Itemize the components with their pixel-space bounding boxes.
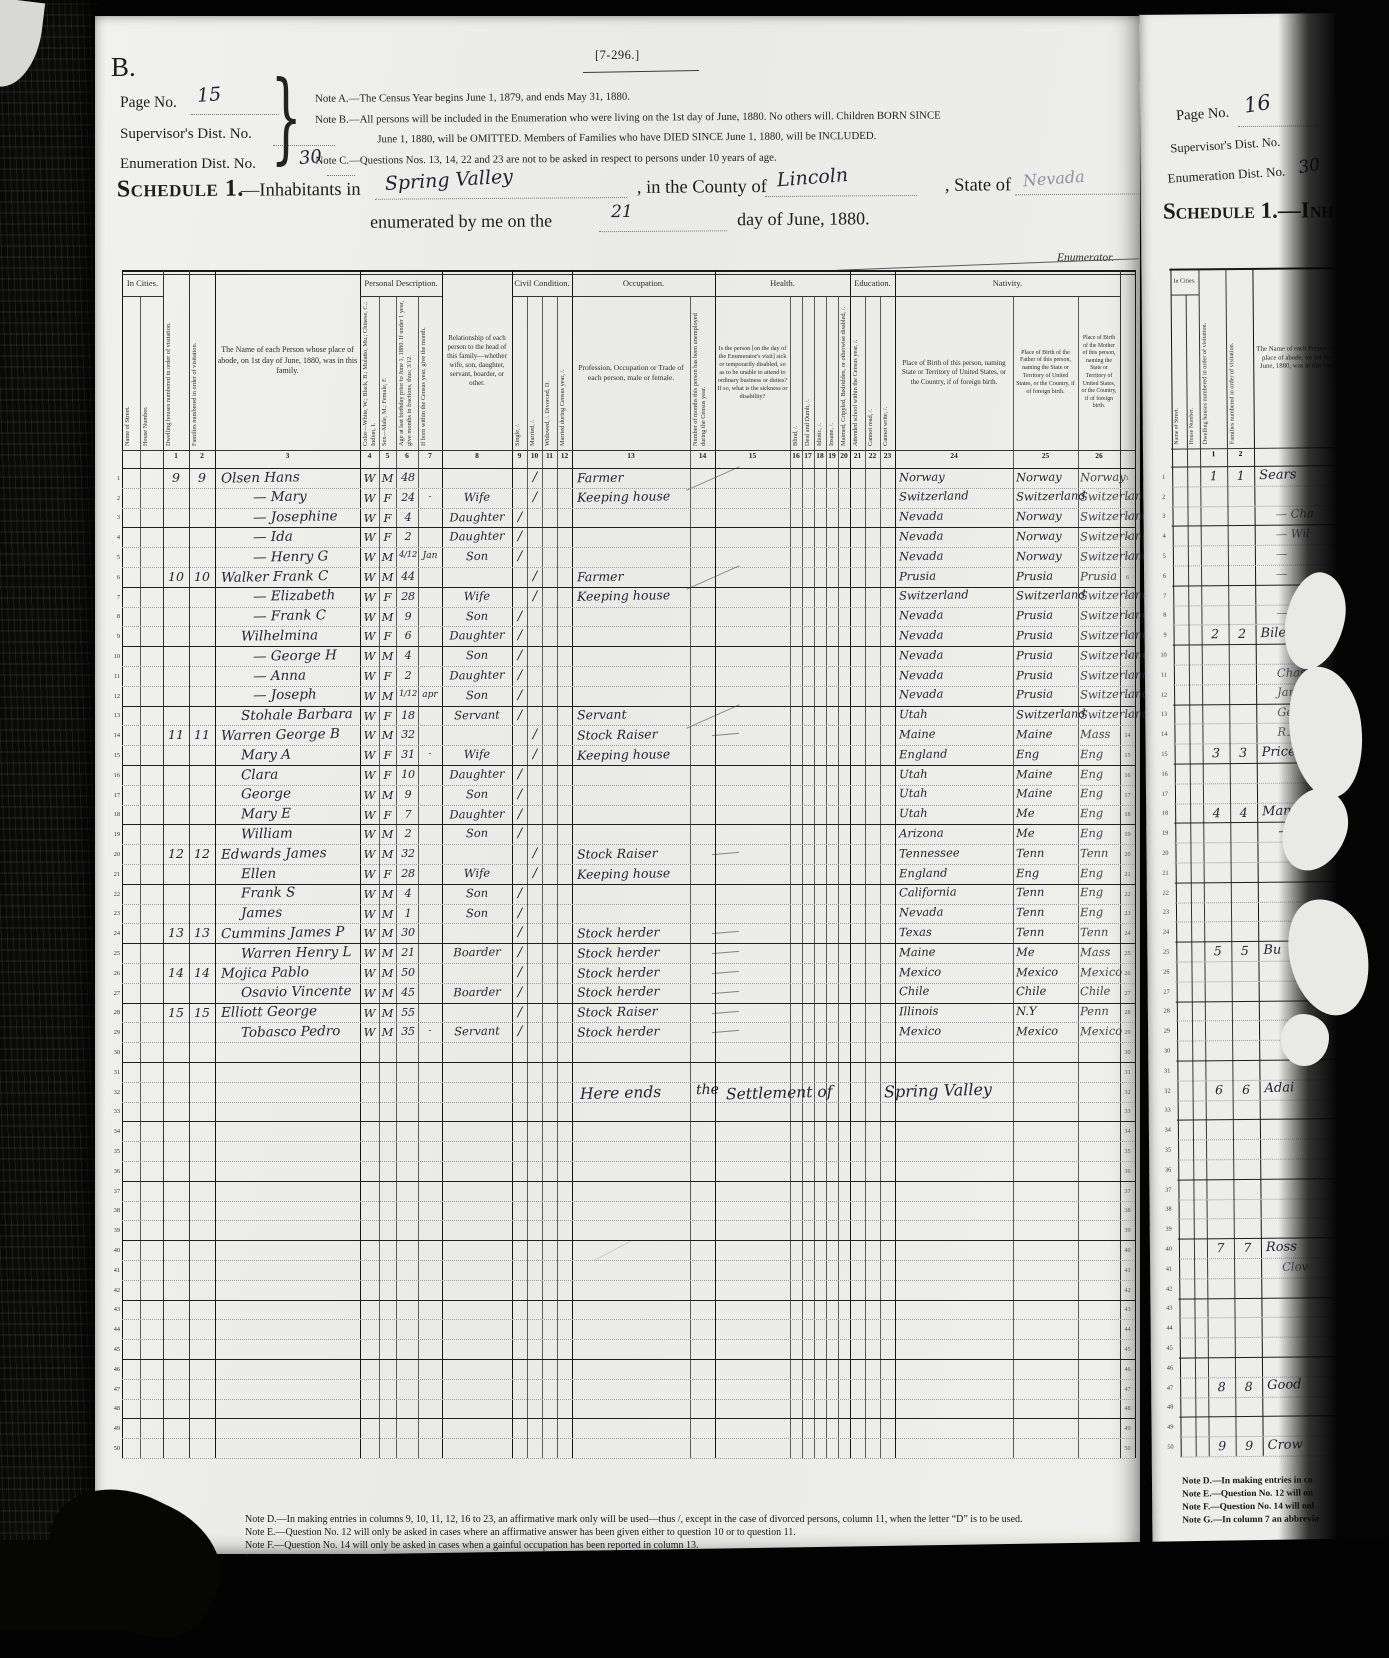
row-number: 32	[1151, 1087, 1171, 1094]
cell-relationship: Son	[442, 905, 512, 920]
cell-father-birthplace: Maine	[1016, 727, 1053, 742]
cell-birth-month: -	[418, 749, 442, 759]
row-number: 24	[1149, 929, 1169, 936]
unemployed-dash-mark	[712, 1030, 739, 1033]
cell-mother-birthplace: Switzerland	[1080, 548, 1150, 563]
cell-person-name: Tobasco Pedro	[241, 1023, 341, 1041]
row-number: 24	[109, 930, 120, 937]
grid-line	[1171, 294, 1199, 295]
row-number: 21	[1149, 869, 1169, 876]
state-label: , State of	[945, 175, 1011, 196]
footer-note-d: Note D.—In making entries in columns 9, …	[245, 1514, 1023, 1525]
grid-line	[802, 296, 803, 1458]
cell-color: W	[360, 530, 379, 544]
col-header: Cannot read, /.	[867, 300, 879, 446]
col-header: Is the person [on the day of the Enumera…	[717, 300, 788, 446]
col-header: Name of Street.	[1173, 298, 1186, 444]
row-number: 10	[109, 653, 120, 660]
cell-birth-month: -	[418, 1026, 442, 1036]
group-header: Health.	[715, 273, 850, 293]
row-number: 49	[1121, 1425, 1134, 1432]
cell-father-birthplace: Prusia	[1016, 568, 1053, 583]
cell-dwelling-number: 4	[1203, 805, 1230, 820]
col-header: Blind, /.	[792, 300, 801, 446]
cell-person-name: Mojica Pablo	[221, 964, 309, 982]
cell-person-name: — George H	[253, 647, 337, 664]
cell-family-number: 1	[1227, 468, 1254, 483]
row-number: 39	[1121, 1227, 1134, 1234]
grid-line	[122, 567, 1135, 568]
cell-age: 6	[396, 629, 420, 642]
group-header: Occupation.	[572, 273, 715, 293]
row-number: 15	[1148, 751, 1168, 758]
cell-age: 4	[396, 511, 420, 524]
row-number: 37	[1121, 1188, 1134, 1195]
state-value: Nevada	[1022, 167, 1085, 191]
cell-person-name: — Joseph	[253, 687, 317, 704]
cell-sex: F	[379, 748, 396, 762]
col-header: Sex—Male, M.; Female, F.	[381, 300, 395, 446]
cell-relationship: Daughter	[442, 766, 512, 781]
col-number: 6	[396, 451, 418, 460]
cell-birthplace: Nevada	[899, 548, 944, 563]
note-c: Note C.—Questions Nos. 13, 14, 22 and 23…	[315, 152, 776, 167]
civil-married-mark: /	[528, 846, 542, 861]
cell-father-birthplace: Mexico	[1016, 1024, 1058, 1039]
row-number: 34	[109, 1128, 120, 1135]
cell-sex: M	[379, 689, 396, 703]
grid-line	[880, 296, 881, 1458]
cell-age: 4	[396, 887, 420, 900]
cell-color: W	[360, 788, 379, 802]
row-number: 35	[1121, 1148, 1134, 1155]
cell-sex: M	[379, 946, 396, 960]
unemployed-dash-mark	[712, 852, 739, 855]
cell-father-birthplace: Chile	[1016, 984, 1047, 999]
col-number: 15	[715, 451, 790, 460]
cell-sex: M	[379, 887, 396, 901]
cell-sex: M	[379, 966, 396, 980]
civil-married-mark: /	[528, 490, 542, 505]
cell-relationship: Wife	[442, 588, 512, 603]
grid-line	[572, 296, 715, 297]
cell-person-name: Edwards James	[221, 845, 327, 863]
unemployed-dash-mark	[712, 991, 739, 994]
cell-sex: M	[379, 649, 396, 663]
cell-mother-birthplace: Switzerland	[1080, 607, 1150, 622]
cell-person-name: — Josephine	[253, 508, 338, 525]
col-number: 24	[895, 451, 1013, 460]
cell-age: 4	[396, 649, 420, 662]
civil-single-mark: /	[513, 767, 527, 782]
cell-mother-birthplace: Prusia	[1080, 568, 1117, 583]
grid-line	[512, 296, 572, 297]
cell-age: 55	[396, 1006, 420, 1019]
cell-age: 4/12	[396, 550, 420, 560]
cell-color: W	[360, 511, 379, 525]
cell-family-number: 14	[189, 965, 215, 980]
dotted-rule	[599, 230, 727, 232]
col-number: 18	[814, 451, 826, 460]
grid-line	[1186, 294, 1197, 1456]
cell-occupation: Stock herder	[577, 984, 660, 1000]
cell-dwelling-number: 9	[1209, 1438, 1236, 1453]
row-number: 49	[1153, 1424, 1173, 1431]
cell-occupation: Farmer	[577, 568, 624, 584]
cell-father-birthplace: Me	[1016, 945, 1035, 959]
cell-age: 1	[396, 907, 420, 920]
cell-relationship: Daughter	[442, 628, 512, 643]
cell-dwelling-number: 3	[1203, 745, 1230, 760]
grid-line	[122, 1181, 1135, 1182]
col-header: Married during Census year, /.	[559, 300, 571, 446]
cell-dwelling-number: 9	[163, 470, 189, 485]
col-number: 2	[189, 451, 215, 460]
row-number: 2	[109, 495, 120, 502]
col-header: Relationship of each person to the head …	[444, 276, 510, 446]
col-header: House Number.	[1188, 298, 1199, 444]
row-number: 34	[1121, 1128, 1134, 1135]
row-number: 29	[1121, 1029, 1134, 1036]
row-number: 6	[1146, 572, 1166, 579]
civil-single-mark: /	[513, 906, 527, 921]
grid-line	[122, 1161, 1135, 1162]
cell-age: 10	[396, 768, 420, 781]
row-number: 41	[1121, 1267, 1134, 1274]
cell-age: 28	[396, 867, 420, 880]
cell-birthplace: Switzerland	[899, 588, 969, 603]
cell-family-number: 3	[1230, 745, 1257, 760]
cell-father-birthplace: Maine	[1016, 786, 1053, 801]
row-number: 50	[109, 1445, 120, 1452]
row-number: 37	[1151, 1186, 1171, 1193]
col-number: 26	[1078, 451, 1120, 460]
cell-father-birthplace: Maine	[1016, 766, 1053, 781]
col-header: Insane, /.	[828, 300, 837, 446]
cell-mother-birthplace: Eng	[1080, 806, 1103, 820]
row-number: 10	[1147, 652, 1167, 659]
col-header: Age at last birthday prior to June 1, 18…	[398, 300, 417, 446]
cell-person-name: — Henry G	[253, 548, 329, 565]
cell-age: 2	[396, 827, 420, 840]
cell-color: W	[360, 610, 379, 624]
cell-sex: M	[379, 728, 396, 742]
row-number: 23	[1121, 910, 1134, 917]
grid-line	[122, 547, 1135, 548]
county-value: Lincoln	[776, 164, 849, 191]
cell-sex: F	[379, 669, 396, 683]
cell-birthplace: Norway	[899, 469, 945, 484]
cell-color: W	[360, 847, 379, 861]
cell-age: 45	[396, 986, 420, 999]
grid-line	[122, 450, 1135, 451]
grid-line	[850, 296, 895, 297]
grid-line	[122, 1359, 1135, 1360]
cell-father-birthplace: Prusia	[1016, 628, 1053, 643]
cell-person-name: William	[241, 825, 293, 842]
col-number: 4	[360, 451, 379, 460]
row-number: 13	[1147, 711, 1167, 718]
row-number: 20	[1148, 850, 1168, 857]
cell-person-name: Mary E	[241, 806, 291, 823]
row-number: 42	[1152, 1285, 1172, 1292]
grid-line	[814, 296, 815, 1458]
row-number: 37	[109, 1188, 120, 1195]
row-number: 45	[1153, 1345, 1173, 1352]
col-header: Married, /.	[529, 300, 541, 446]
unemployed-dash-mark	[712, 951, 739, 954]
enumeration-dist-label: Enumeration Dist. No.	[1167, 164, 1285, 187]
row-number: 14	[1121, 732, 1134, 739]
row-number: 30	[109, 1049, 120, 1056]
grid-line	[140, 296, 141, 1458]
row-number: 9	[109, 633, 120, 640]
cell-sex: F	[379, 590, 396, 604]
grid-line	[1135, 270, 1136, 1458]
schedule-title-line: Schedule 1. —Inhabitants in Spring Valle…	[117, 164, 1138, 251]
row-number: 40	[1121, 1247, 1134, 1254]
enumerated-by-label: enumerated by me on the	[370, 211, 552, 233]
cell-occupation: Stock Raiser	[577, 1003, 658, 1019]
county-label: , in the County of	[637, 177, 767, 199]
cell-relationship: Son	[442, 608, 512, 623]
form-notes: Note A.—The Census Year begins June 1, 1…	[315, 87, 1131, 93]
row-number: 34	[1151, 1127, 1171, 1134]
civil-single-mark: /	[513, 807, 527, 822]
cell-father-birthplace: Switzerland	[1016, 588, 1086, 603]
row-number: 42	[109, 1287, 120, 1294]
row-number: 2	[1145, 493, 1165, 500]
cell-father-birthplace: Norway	[1016, 528, 1062, 543]
cell-person-name: Warren George B	[221, 726, 340, 744]
col-number: 21	[850, 451, 865, 460]
group-header: Personal Description.	[360, 273, 442, 293]
row-number: 21	[109, 871, 120, 878]
cell-sex: F	[379, 867, 396, 881]
cell-mother-birthplace: Eng	[1080, 766, 1103, 780]
cell-family-number: 8	[1235, 1379, 1262, 1394]
cell-dwelling-number: 8	[1208, 1379, 1235, 1394]
census-page-left: B. [7-296.] Page No. 15 Supervisor's Dis…	[95, 16, 1140, 1554]
cell-person-name: Olsen Hans	[221, 469, 300, 486]
row-number: 41	[109, 1267, 120, 1274]
row-number: 31	[109, 1069, 120, 1076]
group-header: In Cities.	[1170, 271, 1198, 291]
cell-father-birthplace: Tenn	[1016, 845, 1045, 859]
col-number: 16	[790, 451, 802, 460]
cell-birthplace: Prusia	[899, 568, 936, 583]
cell-father-birthplace: Switzerland	[1016, 489, 1086, 504]
cell-father-birthplace: Me	[1016, 806, 1035, 820]
grid-line	[790, 296, 791, 1458]
cell-family-number: 7	[1234, 1240, 1261, 1255]
col-header: Profession, Occupation or Trade of each …	[574, 300, 688, 446]
row-number: 36	[1151, 1166, 1171, 1173]
cell-family-number: 15	[189, 1005, 215, 1020]
row-number: 15	[1121, 752, 1134, 759]
col-number: 12	[557, 451, 572, 460]
row-number: 4	[109, 534, 120, 541]
cell-person-name: Warren Henry L	[241, 944, 352, 962]
closing-note: Spring Valley	[884, 1079, 992, 1101]
col-header: Place of Birth of the Father of this per…	[1015, 300, 1076, 446]
cell-mother-birthplace: Switzerland	[1080, 528, 1150, 543]
cell-age: 1/12	[396, 689, 420, 699]
cell-occupation: Keeping house	[577, 865, 671, 882]
cell-father-birthplace: Prusia	[1016, 667, 1053, 682]
col-number: 19	[826, 451, 838, 460]
cell-color: W	[360, 808, 379, 822]
cell-father-birthplace: Tenn	[1016, 905, 1045, 919]
cell-relationship: Son	[442, 786, 512, 801]
row-number: 27	[1150, 988, 1170, 995]
row-number: 6	[109, 574, 120, 581]
grid-line	[1013, 296, 1014, 1458]
civil-single-mark: /	[513, 1005, 527, 1020]
cell-sex: F	[379, 808, 396, 822]
group-header: Civil Condition.	[512, 273, 572, 293]
cell-birth-month: -	[418, 492, 442, 502]
cell-mother-birthplace: Tenn	[1080, 845, 1109, 859]
form-code: [7-296.]	[595, 48, 640, 63]
row-number: 44	[1153, 1325, 1173, 1332]
cell-age: 50	[396, 966, 420, 979]
row-number: 31	[1121, 1069, 1134, 1076]
cell-mother-birthplace: Eng	[1080, 865, 1103, 879]
grid-line	[715, 296, 850, 297]
grid-line	[122, 1042, 1135, 1043]
row-number: 29	[109, 1029, 120, 1036]
cell-birthplace: Nevada	[899, 687, 944, 702]
dotted-rule	[1015, 193, 1139, 195]
cell-age: 32	[396, 847, 420, 860]
civil-single-mark: /	[513, 965, 527, 980]
cell-relationship: Servant	[442, 707, 512, 722]
page-no-value: 15	[196, 83, 222, 107]
cell-sex: M	[379, 550, 396, 564]
col-number: 17	[802, 451, 814, 460]
row-number: 31	[1150, 1067, 1170, 1074]
cell-person-name: Clara	[241, 766, 278, 783]
civil-single-mark: /	[513, 609, 527, 624]
cell-father-birthplace: Eng	[1016, 746, 1039, 760]
row-number: 25	[1121, 950, 1134, 957]
col-number: 20	[838, 451, 850, 460]
civil-single-mark: /	[513, 688, 527, 703]
col-number: 1	[163, 451, 189, 460]
cell-family-number: 5	[1231, 943, 1258, 958]
col-header: House Number.	[142, 300, 162, 446]
civil-single-mark: /	[513, 648, 527, 663]
cell-birthplace: England	[899, 746, 948, 761]
cell-relationship: Daughter	[442, 667, 512, 682]
row-number: 39	[109, 1227, 120, 1234]
row-number: 16	[1148, 770, 1168, 777]
col-header: If born within the Census year, give the…	[420, 300, 441, 446]
cell-mother-birthplace: Switzerland	[1080, 489, 1150, 504]
cell-dwelling-number: 13	[163, 925, 189, 940]
cell-mother-birthplace: Chile	[1080, 984, 1111, 999]
cell-person-name: Cummins James P	[221, 924, 345, 942]
dotted-rule	[375, 197, 627, 200]
cell-birthplace: Nevada	[899, 529, 944, 544]
cell-mother-birthplace: Mass	[1080, 727, 1111, 742]
col-header: Maimed, Crippled, Bedridden, or otherwis…	[840, 300, 849, 446]
cell-birth-month: apr	[418, 690, 442, 700]
cell-age: 9	[396, 610, 420, 623]
cell-family-number: 10	[189, 569, 215, 584]
cell-birthplace: Maine	[899, 727, 936, 742]
cell-color: W	[360, 748, 379, 762]
cell-birthplace: Texas	[899, 925, 932, 940]
cell-mother-birthplace: Eng	[1080, 746, 1103, 760]
cell-dwelling-number: 5	[1204, 943, 1231, 958]
row-number: 26	[1150, 968, 1170, 975]
cell-occupation: Keeping house	[577, 587, 671, 604]
cell-age: 28	[396, 590, 420, 603]
grid-line	[122, 666, 1135, 667]
row-number: 9	[1147, 632, 1167, 639]
cell-family-number: 9	[1236, 1438, 1263, 1453]
cell-relationship: Servant	[442, 1024, 512, 1039]
cell-birth-month: Jan	[418, 551, 442, 561]
closing-note: Settlement of	[726, 1082, 833, 1103]
cell-relationship: Daughter	[442, 509, 512, 524]
cell-sex: F	[379, 511, 396, 525]
cell-father-birthplace: Eng	[1016, 865, 1039, 879]
col-number: 7	[418, 451, 442, 460]
row-number: 22	[1149, 889, 1169, 896]
cell-color: W	[360, 768, 379, 782]
cell-color: W	[360, 966, 379, 980]
cell-relationship: Son	[442, 826, 512, 841]
page-no-label: Page No.	[120, 94, 177, 112]
row-number: 17	[1148, 790, 1168, 797]
unemployed-dash-mark	[712, 1010, 739, 1013]
cell-color: W	[360, 827, 379, 841]
row-number: 29	[1150, 1028, 1170, 1035]
row-number: 25	[1149, 949, 1169, 956]
cell-mother-birthplace: Switzerland	[1080, 508, 1150, 523]
row-number: 46	[109, 1366, 120, 1373]
cell-birthplace: Utah	[899, 766, 928, 780]
cell-family-number: 2	[1229, 626, 1256, 641]
cell-age: 9	[396, 788, 420, 801]
enumerator-label: Enumerator.	[1057, 252, 1114, 264]
cell-relationship: Wife	[442, 747, 512, 762]
col-header: Attended school within the Census year, …	[852, 300, 864, 446]
cell-person-name: Mary A	[241, 746, 291, 763]
cell-person-name: Ellen	[241, 865, 276, 882]
row-number: 6	[1121, 574, 1134, 581]
col-number: 23	[880, 451, 895, 460]
cell-sex: F	[379, 530, 396, 544]
cell-mother-birthplace: Mexico	[1080, 1024, 1122, 1039]
row-number: 23	[109, 910, 120, 917]
grid-line	[122, 1280, 1135, 1281]
grid-line	[122, 646, 1135, 647]
row-number: 22	[1121, 891, 1134, 898]
schedule-title: Schedule 1.	[117, 176, 244, 204]
cell-mother-birthplace: Switzerland	[1080, 588, 1150, 603]
row-number: 3	[1146, 513, 1166, 520]
grid-line	[122, 1379, 1135, 1380]
cell-color: W	[360, 689, 379, 703]
cell-family-number: 9	[189, 470, 215, 485]
grid-line	[122, 1300, 1135, 1301]
cell-person-name: George	[241, 786, 291, 803]
row-number: 38	[1152, 1206, 1172, 1213]
